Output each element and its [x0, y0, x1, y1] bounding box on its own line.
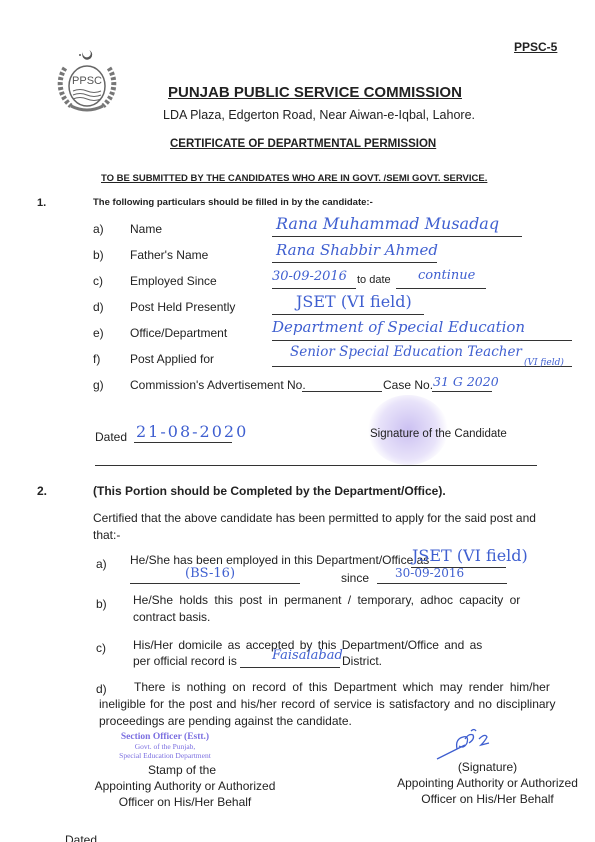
holds-post-line1: He/She holds this post in permanent / te…: [133, 593, 520, 607]
name-field[interactable]: Rana Muhammad Musadaq: [276, 214, 499, 233]
post-applied-field[interactable]: Senior Special Education Teacher: [290, 344, 522, 360]
section-2-intro-line1: Certified that the above candidate has b…: [93, 511, 536, 525]
office-department-field[interactable]: Department of Special Education: [272, 318, 525, 336]
employed-since-label: Employed Since: [130, 274, 217, 288]
field-letter: c): [93, 274, 103, 288]
holds-post-line2: contract basis.: [133, 610, 210, 624]
footer-dated-label: Dated: [65, 833, 97, 842]
item-letter: a): [96, 557, 107, 571]
section-1-intro: The following particulars should be fill…: [93, 197, 373, 208]
item-letter: b): [96, 597, 107, 611]
domicile-prefix: per official record is: [133, 654, 237, 668]
certificate-title: CERTIFICATE OF DEPARTMENTAL PERMISSION: [170, 138, 436, 150]
post-held-field[interactable]: JSET (VI field): [296, 292, 412, 311]
advertisement-no-field[interactable]: [302, 391, 382, 392]
no-record-line2: ineligible for the post and his/her reco…: [99, 697, 556, 711]
post-applied-label: Post Applied for: [130, 352, 214, 366]
section-2-number: 2.: [37, 484, 47, 498]
no-record-line1: There is nothing on record of this Depar…: [134, 680, 550, 694]
field-letter: b): [93, 248, 104, 262]
department-stamp: Section Officer (Estt.) Govt. of the Pun…: [100, 732, 230, 760]
name-label: Name: [130, 222, 162, 236]
post-applied-note: (VI field): [524, 358, 564, 368]
section-2-intro-line2: that:-: [93, 528, 120, 542]
district-label: District.: [342, 654, 382, 668]
section-1-number: 1.: [37, 197, 46, 209]
form-code: PPSC-5: [514, 40, 557, 54]
item-letter: d): [96, 682, 107, 696]
signature-caption: (Signature) Appointing Authority or Auth…: [395, 759, 580, 807]
stamp-line2: Govt. of the Punjab,: [100, 742, 230, 751]
section-2-heading: (This Portion should be Completed by the…: [93, 484, 446, 498]
ppsc-logo-icon: PPSC: [55, 46, 119, 112]
field-letter: f): [93, 352, 100, 366]
fathers-name-label: Father's Name: [130, 248, 208, 262]
to-date-field[interactable]: continue: [418, 268, 475, 283]
to-date-label: to date: [357, 274, 391, 286]
org-name: PUNJAB PUBLIC SERVICE COMMISSION: [168, 84, 462, 101]
case-no-label: Case No.: [383, 378, 433, 392]
officer-signature: [435, 725, 515, 761]
no-record-line3: proceedings are pending against the cand…: [99, 714, 352, 728]
case-no-field[interactable]: 31 G 2020: [433, 374, 499, 389]
employed-as-field[interactable]: JSET (VI field): [412, 546, 528, 565]
fathers-name-field[interactable]: Rana Shabbir Ahmed: [276, 241, 438, 259]
stamp-caption: Stamp of the Appointing Authority or Aut…: [90, 762, 280, 810]
org-address: LDA Plaza, Edgerton Road, Near Aiwan-e-I…: [163, 108, 475, 122]
dated-field[interactable]: 21-08-2020: [136, 422, 248, 441]
employed-as-text: He/She has been employed in this Departm…: [130, 553, 429, 567]
employed-since-field[interactable]: 30-09-2016: [272, 269, 347, 284]
field-letter: d): [93, 300, 104, 314]
employed-as-grade-field[interactable]: (BS-16): [185, 566, 235, 581]
section-divider: [95, 465, 537, 466]
stamp-line1: Section Officer (Estt.): [100, 732, 230, 742]
since-field[interactable]: 30-09-2016: [395, 566, 464, 580]
candidate-signature-label: Signature of the Candidate: [370, 428, 507, 440]
svg-text:PPSC: PPSC: [72, 75, 102, 87]
dated-label: Dated: [95, 430, 127, 444]
field-letter: e): [93, 326, 104, 340]
stamp-line3: Special Education Department: [100, 751, 230, 760]
since-label: since: [341, 571, 369, 585]
field-letter: a): [93, 222, 104, 236]
post-held-label: Post Held Presently: [130, 300, 235, 314]
form-subtitle: TO BE SUBMITTED BY THE CANDIDATES WHO AR…: [101, 173, 487, 184]
office-department-label: Office/Department: [130, 326, 227, 340]
item-letter: c): [96, 641, 106, 655]
domicile-field[interactable]: Faisalabad: [272, 648, 343, 663]
advertisement-no-label: Commission's Advertisement No.: [130, 378, 306, 392]
field-letter: g): [93, 378, 104, 392]
